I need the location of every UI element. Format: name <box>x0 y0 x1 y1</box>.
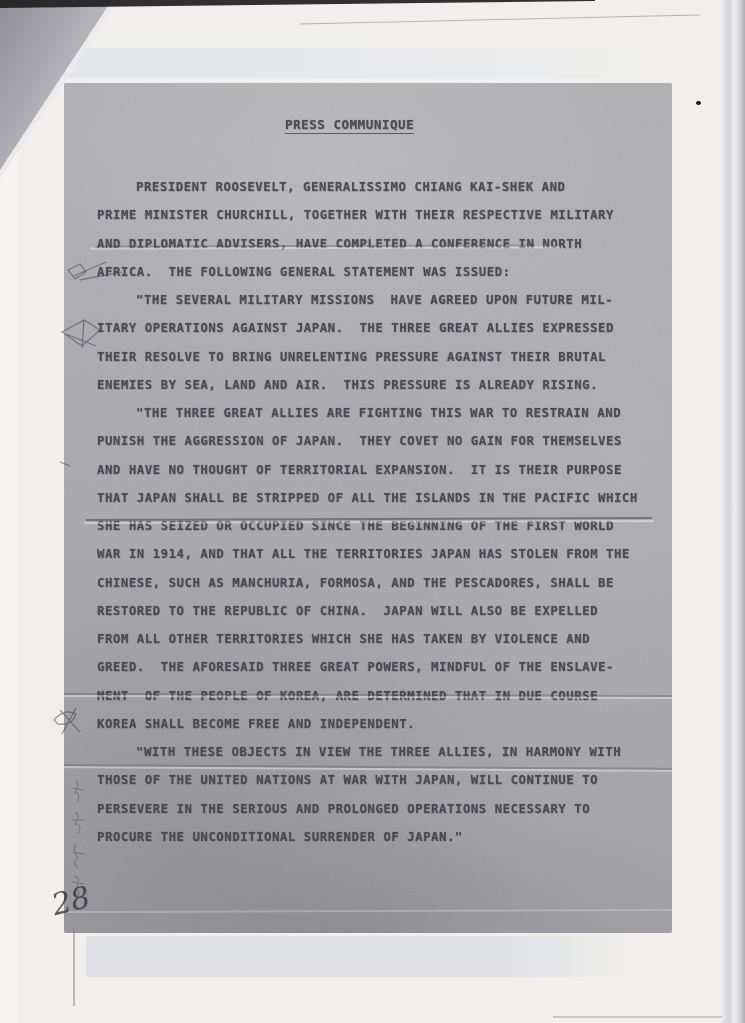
document-line: AND HAVE NO THOUGHT OF TERRITORIAL EXPAN… <box>97 456 657 484</box>
scan-light-band-bottom <box>86 936 642 977</box>
document-line: CHINESE, SUCH AS MANCHURIA, FORMOSA, AND… <box>97 569 657 597</box>
crease-mark <box>60 462 70 466</box>
document-line: "WITH THESE OBJECTS IN VIEW THE THREE AL… <box>97 738 657 766</box>
document-line: PRIME MINISTER CHURCHILL, TOGETHER WITH … <box>97 201 657 229</box>
handwriting-mark <box>73 780 83 802</box>
ink-speck <box>696 101 701 105</box>
scanner-edge-strip <box>0 0 595 8</box>
scan-edge-shadow-right <box>722 0 745 1023</box>
scan-light-band-top <box>40 48 680 78</box>
handwriting-mark <box>72 812 84 834</box>
document-line: ENEMIES BY SEA, LAND AND AIR. THIS PRESS… <box>97 371 657 399</box>
document-line: THOSE OF THE UNITED NATIONS AT WAR WITH … <box>97 766 657 794</box>
document-line: AND DIPLOMATIC ADVISERS, HAVE COMPLETED … <box>97 230 657 258</box>
document-line: GREED. THE AFORESAID THREE GREAT POWERS,… <box>97 653 657 681</box>
scan-line-bottom-right <box>553 1016 745 1018</box>
document-line: PERSEVERE IN THE SERIOUS AND PROLONGED O… <box>97 795 657 823</box>
document-line: AFRICA. THE FOLLOWING GENERAL STATEMENT … <box>97 258 657 286</box>
handwriting-mark <box>73 844 84 868</box>
document-line-creased: SHE HAS SEIZED OR OCCUPIED SINCE THE BEG… <box>97 512 657 540</box>
document-line: "THE SEVERAL MILITARY MISSIONS HAVE AGRE… <box>97 286 657 314</box>
margin-crease-marks <box>40 240 130 940</box>
document-line: WAR IN 1914, AND THAT ALL THE TERRITORIE… <box>97 540 657 568</box>
document-line: MENT OF THE PEOPLE OF KOREA, ARE DETERMI… <box>97 682 657 710</box>
document-line: ITARY OPERATIONS AGAINST JAPAN. THE THRE… <box>97 314 657 342</box>
document-line: THAT JAPAN SHALL BE STRIPPED OF ALL THE … <box>97 484 657 512</box>
crease-mark <box>62 320 100 348</box>
document-line: RESTORED TO THE REPUBLIC OF CHINA. JAPAN… <box>97 597 657 625</box>
document-title: PRESS COMMUNIQUE <box>285 117 414 134</box>
document-line: "THE THREE GREAT ALLIES ARE FIGHTING THI… <box>97 399 657 427</box>
photocopy-sheet: PRESS COMMUNIQUE PRESIDENT ROOSEVELT, GE… <box>64 83 672 933</box>
document-line: FROM ALL OTHER TERRITORIES WHICH SHE HAS… <box>97 625 657 653</box>
document-line: KOREA SHALL BECOME FREE AND INDEPENDENT. <box>97 710 657 738</box>
scan-hairline <box>300 14 700 24</box>
document-line: PUNISH THE AGGRESSION OF JAPAN. THEY COV… <box>97 427 657 455</box>
scanned-page: PRESS COMMUNIQUE PRESIDENT ROOSEVELT, GE… <box>0 0 745 1023</box>
document-body: PRESIDENT ROOSEVELT, GENERALISSIMO CHIAN… <box>97 173 657 851</box>
document-line: PRESIDENT ROOSEVELT, GENERALISSIMO CHIAN… <box>97 173 657 201</box>
document-line: THEIR RESOLVE TO BRING UNRELENTING PRESS… <box>97 343 657 371</box>
crease-mark <box>54 708 80 734</box>
document-line: PROCURE THE UNCONDITIONAL SURRENDER OF J… <box>97 823 657 851</box>
crease-mark <box>68 262 122 280</box>
